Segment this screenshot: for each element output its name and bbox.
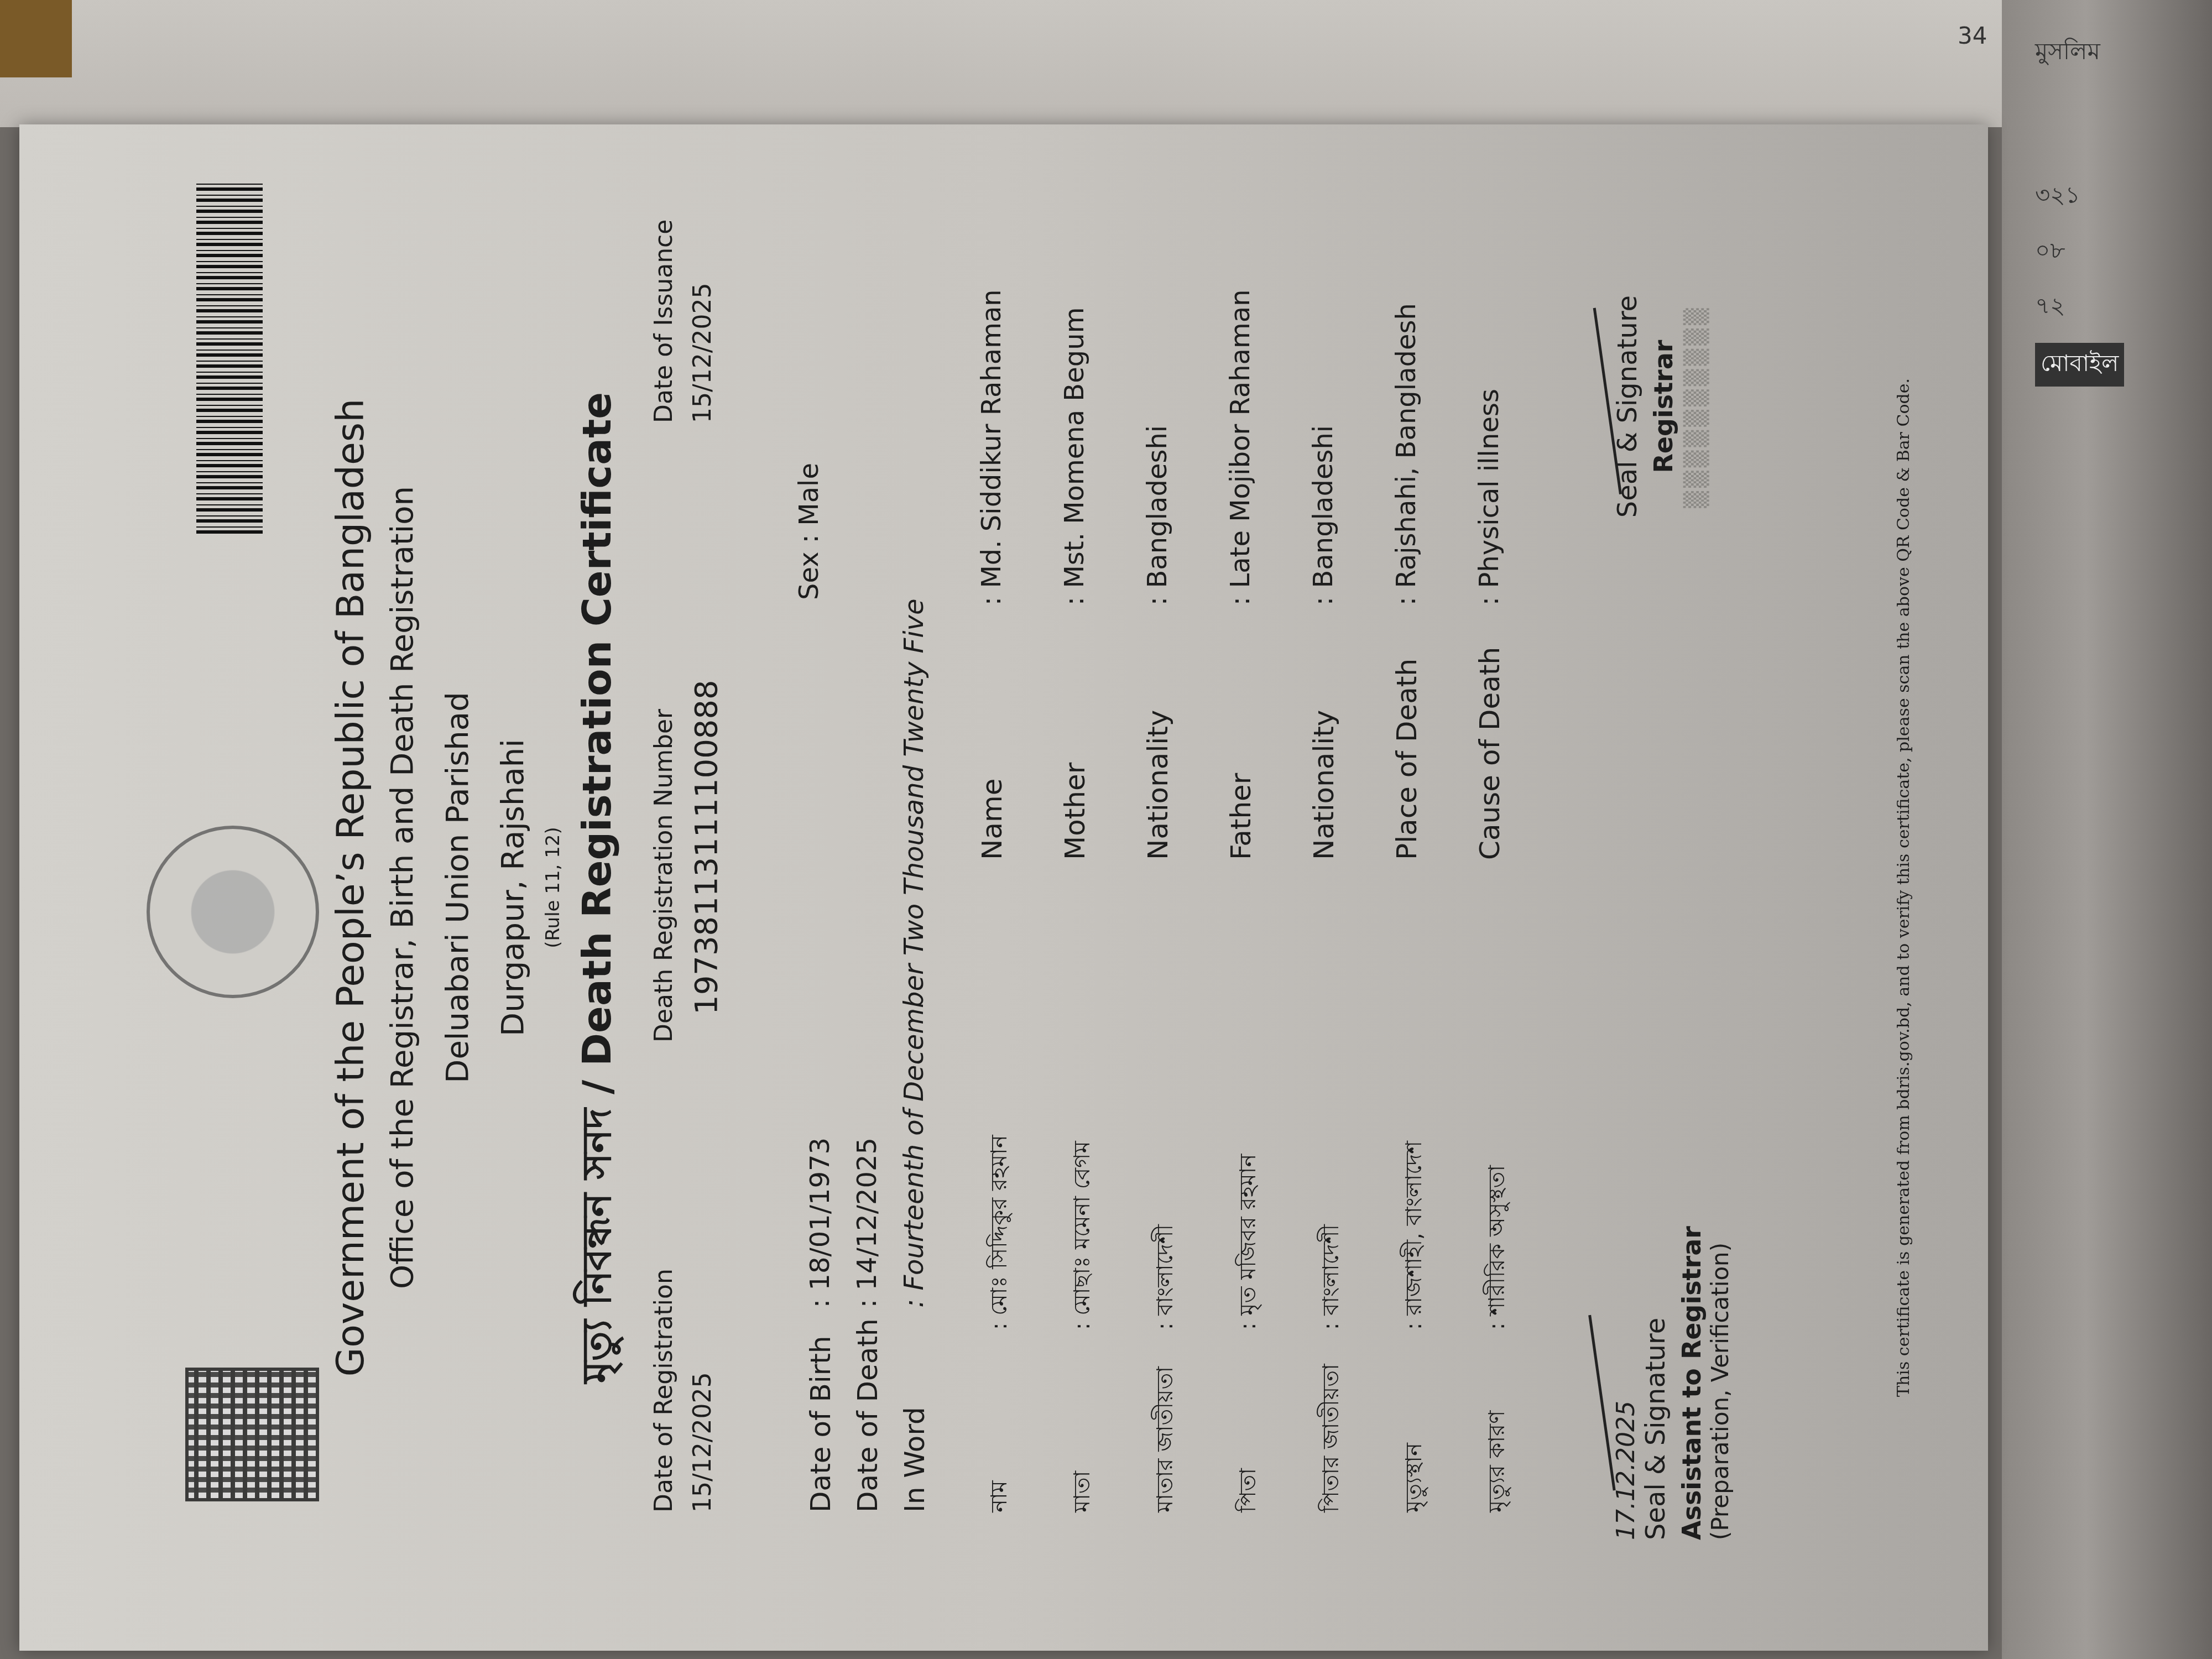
qr-code-icon	[185, 1368, 319, 1501]
detail-bn-value: : মোঃ সিদ্দিকুর রহমান	[982, 1135, 1019, 1330]
registrar-stamp-illegible: ▒▒▒▒▒▒▒▒▒▒	[1684, 213, 1709, 600]
detail-en-value: : Mst. Momena Begum	[1059, 307, 1090, 606]
sex-value: Sex : Male	[794, 463, 825, 600]
date-of-issuance-label: Date of Issuance	[650, 220, 678, 423]
barcode-icon	[196, 180, 263, 534]
background-label: মুসলিম	[2035, 33, 2100, 72]
verification-footer: This certificate is generated from bdris…	[1894, 124, 1913, 1651]
detail-bn-value: : মোছাঃ মমেনা বেগম	[1065, 1141, 1102, 1330]
background-label: ৭২	[2035, 288, 2065, 327]
background-paper-top: 34	[0, 0, 2212, 127]
detail-bn-label: মাতার জাতীয়তা	[1147, 1366, 1185, 1512]
detail-en-value: : Md. Siddikur Rahaman	[976, 289, 1007, 606]
date-of-registration-value: 15/12/2025	[688, 1372, 717, 1512]
assistant-role-note: (Preparation, Verification)	[1707, 1153, 1734, 1540]
detail-en-value: : Bangladeshi	[1308, 425, 1339, 606]
detail-row: মৃত্যুস্থান: রাজশাহী, বাংলাদেশPlace of D…	[1385, 185, 1468, 1512]
registrar-role: Registrar	[1648, 213, 1678, 600]
detail-en-label: Nationality	[1308, 710, 1340, 860]
detail-row: পিতার জাতীয়তা: বাংলাদেশীNationality: Ba…	[1302, 185, 1385, 1512]
registration-number: 19738113111100888	[688, 680, 724, 1015]
government-seal-icon	[147, 826, 319, 998]
in-word-value: : Fourteenth of December Two Thousand Tw…	[899, 599, 930, 1308]
detail-en-label: Cause of Death	[1474, 647, 1506, 860]
detail-row: মাতা: মোছাঃ মমেনা বেগমMother: Mst. Momen…	[1053, 185, 1136, 1512]
registrar-seal-caption: Seal & Signature	[1612, 213, 1643, 600]
details-table: নাম: মোঃ সিদ্দিকুর রহমানName: Md. Siddik…	[971, 185, 1551, 1512]
date-of-death-value: : 14/12/2025	[852, 1138, 883, 1308]
union-parishad: Deluabari Union Parishad	[440, 124, 476, 1651]
detail-en-label: Nationality	[1142, 710, 1174, 860]
date-of-birth-label: Date of Birth	[805, 1335, 837, 1512]
detail-en-label: Name	[976, 778, 1008, 860]
detail-bn-label: মৃত্যুস্থান	[1396, 1443, 1433, 1512]
death-certificate: Government of the People’s Republic of B…	[19, 124, 1988, 1651]
background-label: ০৮	[2035, 232, 2065, 272]
upazila-district: Durgapur, Rajshahi	[495, 124, 531, 1651]
background-paper-right: মুসলিম ৩২১ ০৮ ৭২ মোবাইল	[2002, 0, 2212, 1659]
registrar-signature-block: Seal & Signature Registrar ▒▒▒▒▒▒▒▒▒▒	[1612, 213, 1709, 600]
background-label: মোবাইল	[2035, 343, 2124, 387]
assistant-signature-block: 17.12.2025 Seal & Signature Assistant to…	[1612, 1153, 1734, 1540]
certificate-title: মৃত্যু নিবন্ধন সনদ / Death Registration …	[567, 124, 633, 1651]
detail-bn-value: : বাংলাদেশী	[1147, 1224, 1185, 1330]
detail-bn-label: মাতা	[1065, 1471, 1102, 1512]
detail-row: মাতার জাতীয়তা: বাংলাদেশীNationality: Ba…	[1136, 185, 1219, 1512]
detail-en-label: Mother	[1059, 763, 1091, 860]
detail-bn-label: মৃত্যুর কারণ	[1479, 1411, 1516, 1512]
detail-row: নাম: মোঃ সিদ্দিকুর রহমানName: Md. Siddik…	[971, 185, 1053, 1512]
detail-bn-label: নাম	[982, 1480, 1019, 1512]
detail-en-label: Place of Death	[1391, 659, 1423, 860]
background-label: ৩২১	[2035, 177, 2080, 216]
assistant-signed-date: 17.12.2025	[1612, 1153, 1640, 1540]
detail-en-value: : Late Mojibor Rahaman	[1225, 289, 1256, 606]
detail-row: পিতা: মৃত মজিবর রহমানFather: Late Mojibo…	[1219, 185, 1302, 1512]
detail-en-value: : Physical illness	[1474, 389, 1505, 606]
in-word-label: In Word	[899, 1407, 931, 1512]
assistant-role: Assistant to Registrar	[1677, 1153, 1707, 1540]
certificate-photo: Government of the People’s Republic of B…	[14, 119, 1994, 1656]
detail-en-label: Father	[1225, 773, 1257, 860]
detail-bn-value: : রাজশাহী, বাংলাদেশ	[1396, 1141, 1433, 1330]
date-of-registration-label: Date of Registration	[650, 1269, 678, 1512]
background-folder-edge	[0, 0, 72, 77]
office-heading: Office of the Registrar, Birth and Death…	[384, 124, 420, 1651]
government-heading: Government of the People’s Republic of B…	[329, 124, 373, 1651]
date-of-birth-value: : 18/01/1973	[805, 1138, 836, 1308]
detail-bn-value: : বাংলাদেশী	[1313, 1224, 1350, 1330]
date-of-issuance-value: 15/12/2025	[688, 283, 717, 423]
detail-bn-value: : মৃত মজিবর রহমান	[1230, 1154, 1267, 1330]
detail-en-value: : Bangladeshi	[1142, 425, 1173, 606]
date-of-death-label: Date of Death	[852, 1318, 884, 1512]
detail-bn-value: : শারীরিক অসুস্থতা	[1479, 1165, 1516, 1330]
assistant-seal-caption: Seal & Signature	[1640, 1153, 1671, 1540]
registration-number-label: Death Registration Number	[650, 709, 678, 1042]
detail-bn-label: পিতা	[1230, 1468, 1267, 1512]
detail-bn-label: পিতার জাতীয়তা	[1313, 1364, 1350, 1512]
background-handwritten-number: 34	[1958, 22, 1987, 49]
detail-en-value: : Rajshahi, Bangladesh	[1391, 303, 1422, 606]
rule-reference: (Rule 11, 12)	[542, 124, 564, 1651]
